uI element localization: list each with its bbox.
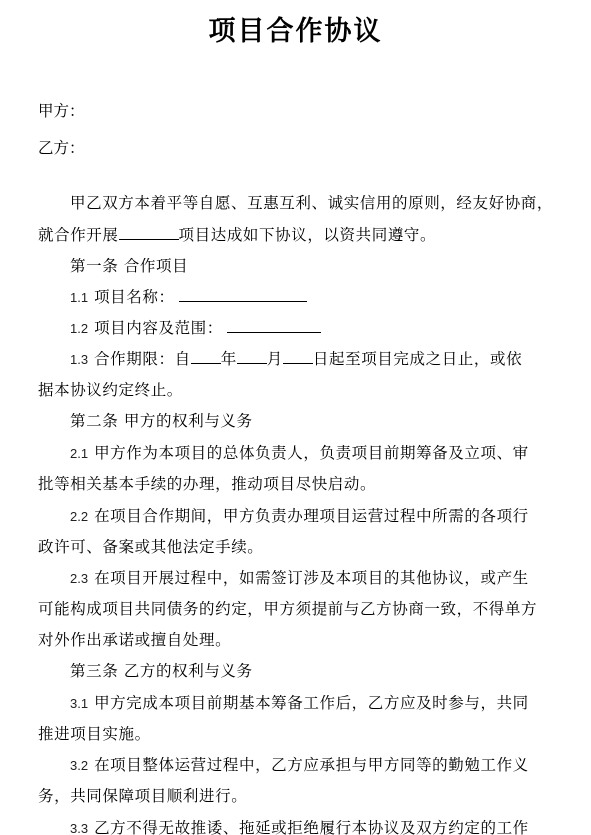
clause-3-1-line-2: 推进项目实施。 bbox=[38, 723, 151, 745]
party-b-label: 乙方： bbox=[38, 137, 85, 159]
project-name-blank[interactable] bbox=[119, 224, 179, 240]
clause-2-2: 2.2在项目合作期间，甲方负责办理项目运营过程中所需的各项行 bbox=[70, 505, 529, 528]
preamble-text-before: 就合作开展 bbox=[38, 226, 119, 244]
clause-text-end: 日起至项目完成之日止，或依 bbox=[313, 350, 522, 368]
clause-number: 2.2 bbox=[70, 509, 88, 524]
clause-2-3-line-2: 可能构成项目共同债务的约定，甲方须提前与乙方协商一致，不得单方 bbox=[38, 598, 537, 620]
clause-text: 项目内容及范围： bbox=[94, 319, 223, 337]
clause-3-2-line-2: 务，共同保障项目顺利进行。 bbox=[38, 785, 247, 807]
clause-2-2-line-2: 政许可、备案或其他法定手续。 bbox=[38, 536, 263, 558]
year-label: 年 bbox=[221, 350, 237, 368]
project-name-field-blank[interactable] bbox=[179, 286, 307, 302]
clause-number: 1.2 bbox=[70, 321, 88, 336]
year-blank[interactable] bbox=[191, 348, 221, 364]
clause-2-3-line-3: 对外作出承诺或擅自处理。 bbox=[38, 629, 231, 651]
clause-text: 在项目开展过程中，如需签订涉及本项目的其他协议，或产生 bbox=[94, 569, 529, 587]
month-blank[interactable] bbox=[237, 348, 267, 364]
clause-text: 项目名称： bbox=[94, 288, 175, 306]
clause-1-3-line-2: 据本协议约定终止。 bbox=[38, 379, 183, 401]
party-a-label: 甲方： bbox=[38, 100, 85, 122]
article-1-heading: 第一条 合作项目 bbox=[70, 255, 188, 277]
clause-text: 在项目合作期间，甲方负责办理项目运营过程中所需的各项行 bbox=[94, 507, 529, 525]
article-3-heading: 第三条 乙方的权利与义务 bbox=[70, 660, 253, 682]
clause-text: 甲方完成本项目前期基本筹备工作后，乙方应及时参与，共同 bbox=[94, 694, 529, 712]
clause-2-3: 2.3在项目开展过程中，如需签订涉及本项目的其他协议，或产生 bbox=[70, 567, 529, 590]
clause-1-1: 1.1项目名称： bbox=[70, 286, 307, 309]
clause-number: 3.1 bbox=[70, 696, 88, 711]
clause-number: 1.3 bbox=[70, 352, 88, 367]
document-title: 项目合作协议 bbox=[0, 12, 591, 52]
preamble-text-after: 项目达成如下协议，以资共同遵守。 bbox=[179, 226, 437, 244]
day-blank[interactable] bbox=[283, 348, 313, 364]
clause-text: 合作期限：自 bbox=[94, 350, 191, 368]
preamble-line-1: 甲乙双方本着平等自愿、互惠互利、诚实信用的原则，经友好协商， bbox=[70, 192, 553, 214]
clause-number: 3.2 bbox=[70, 758, 88, 773]
clause-number: 2.3 bbox=[70, 571, 88, 586]
clause-text: 在项目整体运营过程中，乙方应承担与甲方同等的勤勉工作义 bbox=[94, 756, 529, 774]
clause-text: 甲方作为本项目的总体负责人，负责项目前期筹备及立项、审 bbox=[94, 444, 529, 462]
clause-1-2: 1.2项目内容及范围： bbox=[70, 317, 321, 340]
clause-3-2: 3.2在项目整体运营过程中，乙方应承担与甲方同等的勤勉工作义 bbox=[70, 754, 529, 777]
clause-3-3: 3.3乙方不得无故推诿、拖延或拒绝履行本协议及双方约定的工作 bbox=[70, 817, 529, 835]
project-scope-blank[interactable] bbox=[227, 317, 321, 333]
clause-1-3: 1.3合作期限：自年月日起至项目完成之日止，或依 bbox=[70, 348, 522, 371]
article-2-heading: 第二条 甲方的权利与义务 bbox=[70, 410, 253, 432]
clause-number: 2.1 bbox=[70, 446, 88, 461]
clause-2-1: 2.1甲方作为本项目的总体负责人，负责项目前期筹备及立项、审 bbox=[70, 442, 529, 465]
preamble-line-2: 就合作开展项目达成如下协议，以资共同遵守。 bbox=[38, 224, 436, 246]
clause-number: 1.1 bbox=[70, 290, 88, 305]
clause-2-1-line-2: 批等相关基本手续的办理，推动项目尽快启动。 bbox=[38, 473, 376, 495]
clause-3-1: 3.1甲方完成本项目前期基本筹备工作后，乙方应及时参与，共同 bbox=[70, 692, 529, 715]
clause-number: 3.3 bbox=[70, 821, 88, 835]
month-label: 月 bbox=[267, 350, 283, 368]
clause-text: 乙方不得无故推诿、拖延或拒绝履行本协议及双方约定的工作 bbox=[94, 819, 529, 835]
